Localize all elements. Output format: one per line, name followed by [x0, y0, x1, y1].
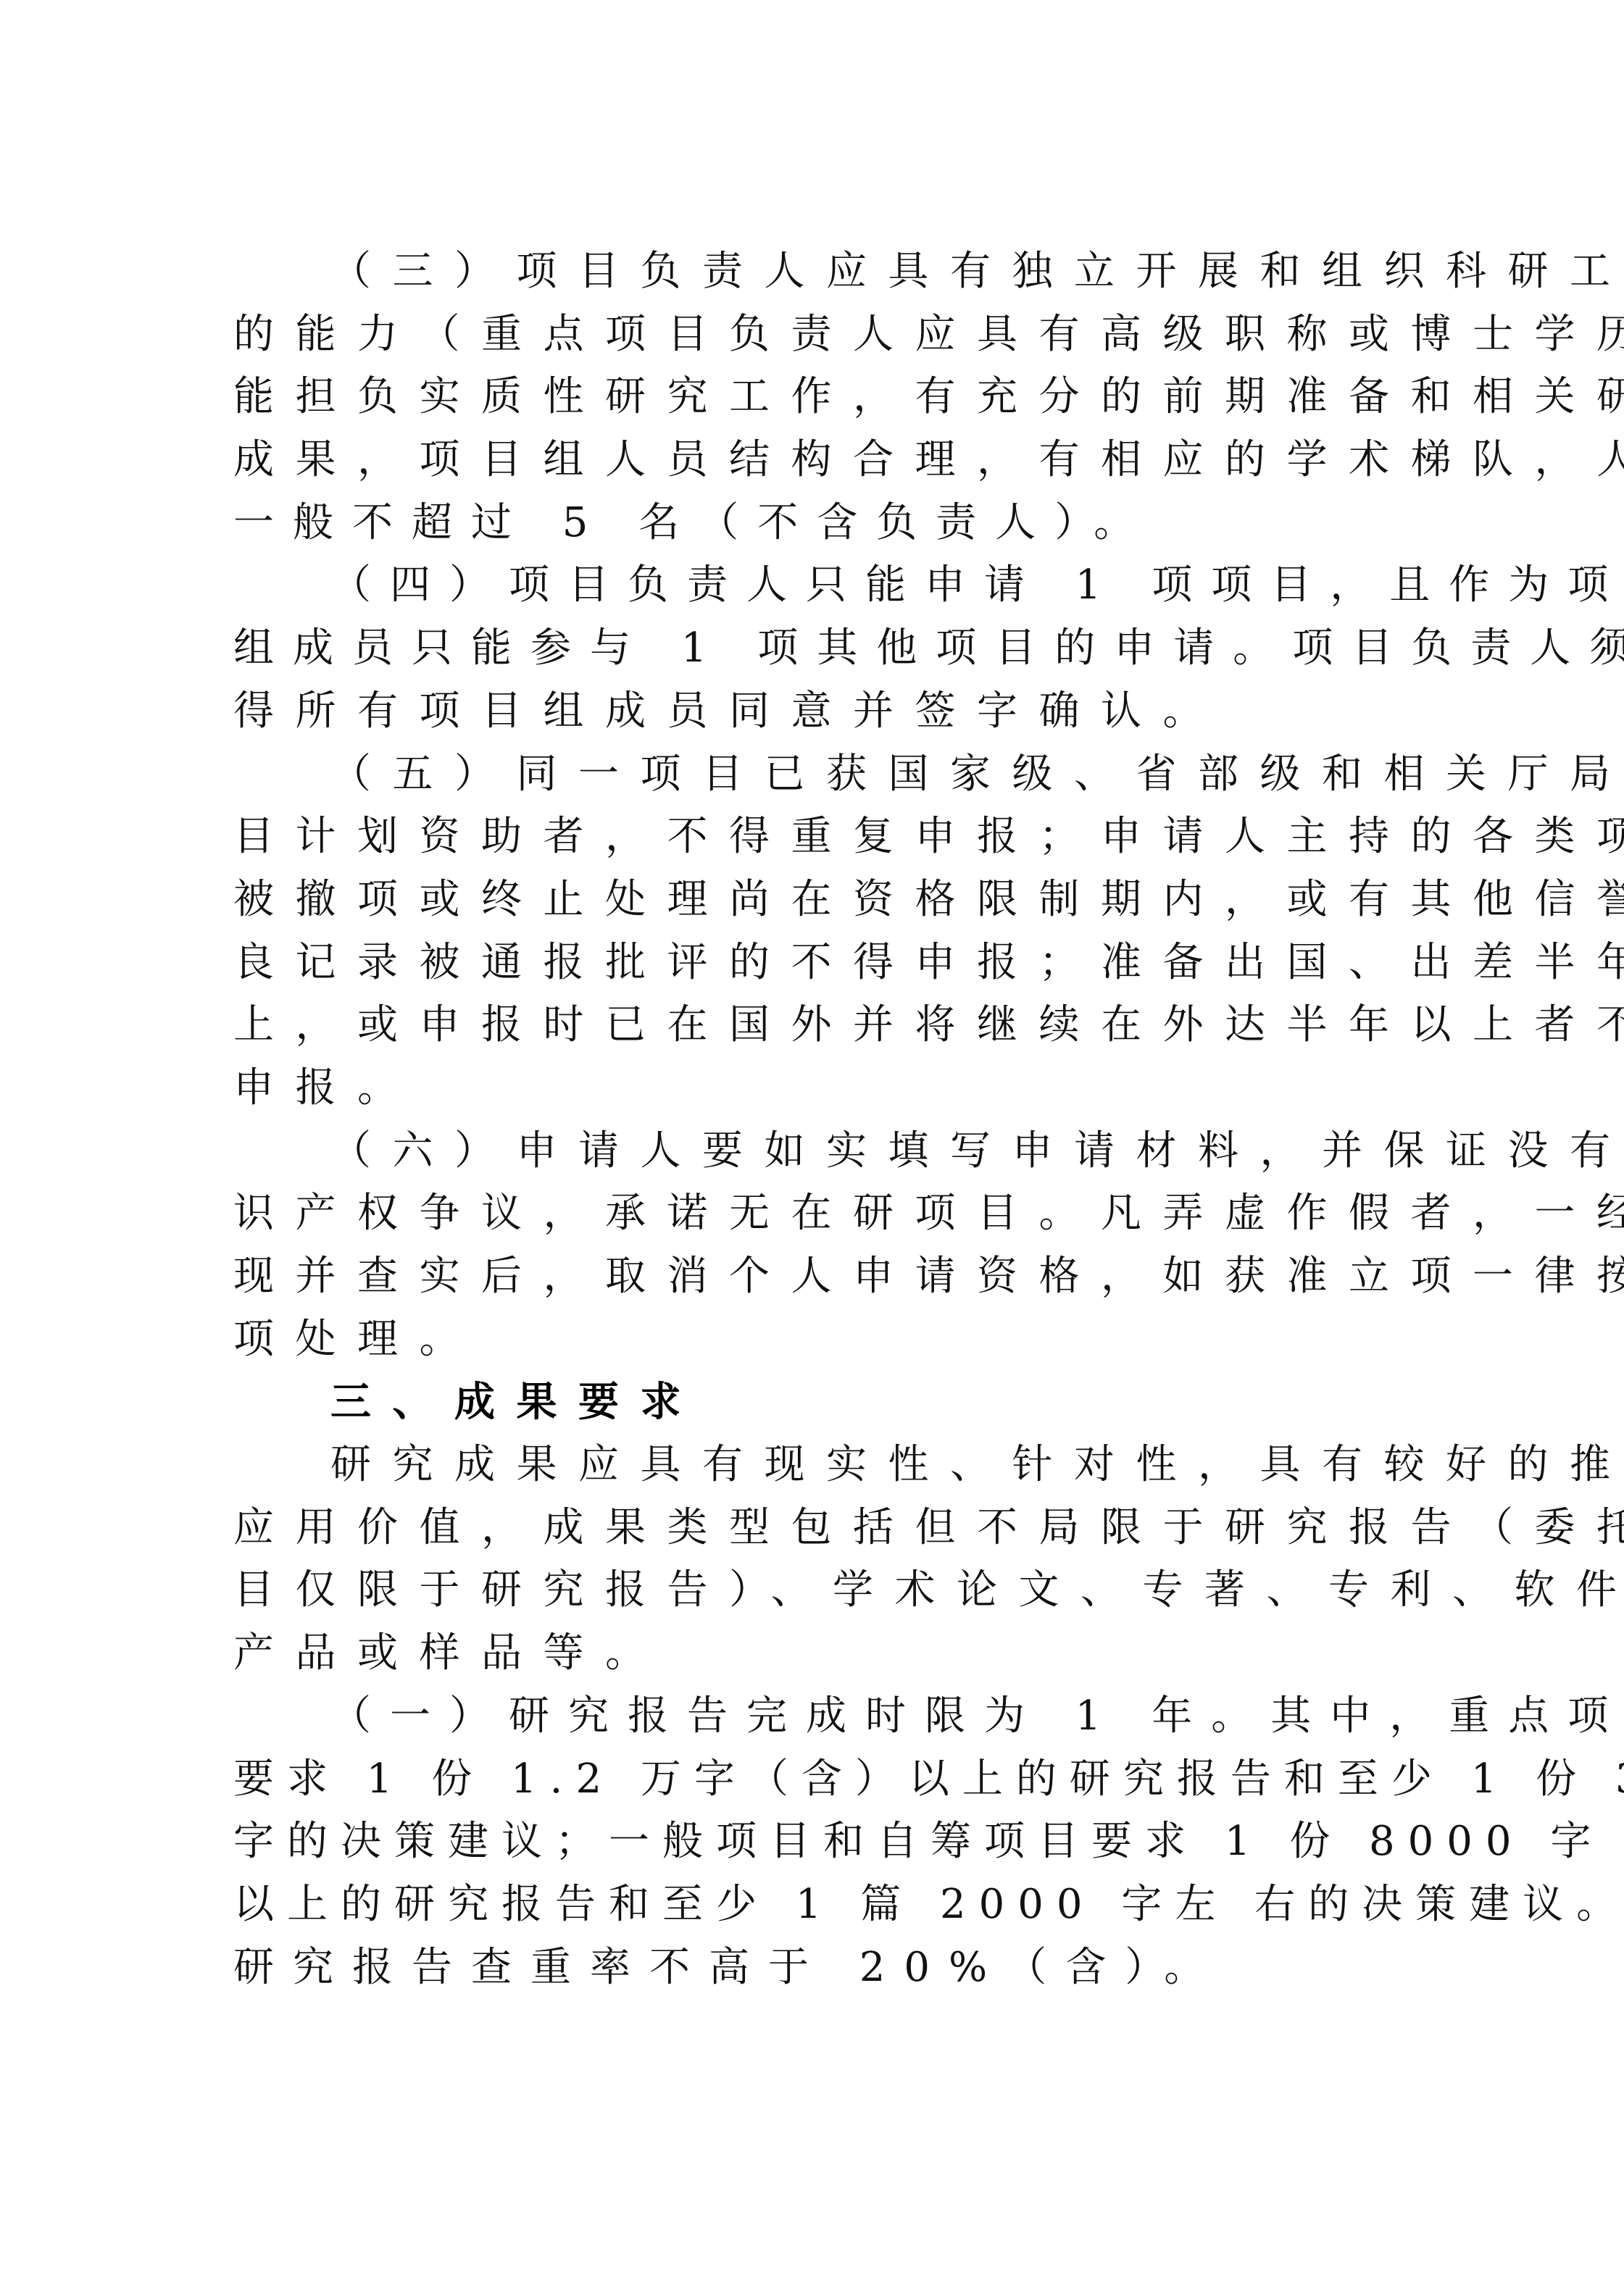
text-line: 以上的研究报告和至少 1 篇 2000 字左 右的决策建议。	[233, 1874, 1393, 1937]
text-line: 项处理。	[233, 1308, 1393, 1372]
text-line: 上，或申报时已在国外并将继续在外达半年以上者不得	[233, 994, 1393, 1057]
text-line: 研究成果应具有现实性、针对性，具有较好的推广	[233, 1434, 1393, 1497]
text-line: （六）申请人要如实填写申请材料，并保证没有知	[233, 1120, 1393, 1183]
paragraph-item-4: （四）项目负责人只能申请 1 项项目，且作为项目 组成员只能参与 1 项其他项目…	[233, 554, 1393, 743]
text-line: 字的决策建议；一般项目和自筹项目要求 1 份 8000 字（含）	[233, 1811, 1393, 1874]
section-heading-results: 三、成果要求	[233, 1371, 1393, 1434]
text-line: 成果，项目组人员结构合理，有相应的学术梯队，人数	[233, 429, 1393, 492]
text-line: （五）同一项目已获国家级、省部级和相关厅局项	[233, 743, 1393, 806]
text-line: （三）项目负责人应具有独立开展和组织科研工作	[233, 241, 1393, 304]
text-line: 研究报告查重率不高于 20%（含）。	[233, 1937, 1393, 2000]
paragraph-results-intro: 研究成果应具有现实性、针对性，具有较好的推广 应用价值，成果类型包括但不局限于研…	[233, 1434, 1393, 1685]
text-line: 目计划资助者，不得重复申报；申请人主持的各类项目	[233, 806, 1393, 869]
text-line: 识产权争议，承诺无在研项目。凡弄虚作假者，一经发	[233, 1182, 1393, 1245]
text-line: 组成员只能参与 1 项其他项目的申请。项目负责人须征	[233, 617, 1393, 680]
text-line: 被撤项或终止处理尚在资格限制期内，或有其他信誉不	[233, 869, 1393, 932]
paragraph-item-3: （三）项目负责人应具有独立开展和组织科研工作 的能力（重点项目负责人应具有高级职…	[233, 241, 1393, 554]
text-line: 应用价值，成果类型包括但不局限于研究报告（委托项	[233, 1497, 1393, 1560]
text-line: 申报。	[233, 1057, 1393, 1120]
text-line: 目仅限于研究报告）、学术论文、专著、专利、软件、	[233, 1559, 1393, 1622]
text-line: 良记录被通报批评的不得申报；准备出国、出差半年以	[233, 932, 1393, 995]
document-page: （三）项目负责人应具有独立开展和组织科研工作 的能力（重点项目负责人应具有高级职…	[233, 241, 1393, 1999]
text-line: 要求 1 份 1.2 万字（含）以上的研究报告和至少 1 份 3000	[233, 1748, 1393, 1811]
text-line: 现并查实后，取消个人申请资格，如获准立项一律按撤	[233, 1245, 1393, 1308]
text-line: 得所有项目组成员同意并签字确认。	[233, 680, 1393, 743]
paragraph-item-5: （五）同一项目已获国家级、省部级和相关厅局项 目计划资助者，不得重复申报；申请人…	[233, 743, 1393, 1120]
text-line: 产品或样品等。	[233, 1622, 1393, 1685]
text-line: 的能力（重点项目负责人应具有高级职称或博士学历），	[233, 304, 1393, 367]
text-line: 能担负实质性研究工作，有充分的前期准备和相关研究	[233, 366, 1393, 429]
paragraph-results-item-1: （一）研究报告完成时限为 1 年。其中，重点项目 要求 1 份 1.2 万字（含…	[233, 1685, 1393, 1999]
text-line: （一）研究报告完成时限为 1 年。其中，重点项目	[233, 1685, 1393, 1748]
heading-text: 三、成果要求	[233, 1371, 1393, 1434]
text-line: 一般不超过 5 名（不含负责人）。	[233, 492, 1393, 555]
paragraph-item-6: （六）申请人要如实填写申请材料，并保证没有知 识产权争议，承诺无在研项目。凡弄虚…	[233, 1120, 1393, 1372]
text-line: （四）项目负责人只能申请 1 项项目，且作为项目	[233, 554, 1393, 617]
